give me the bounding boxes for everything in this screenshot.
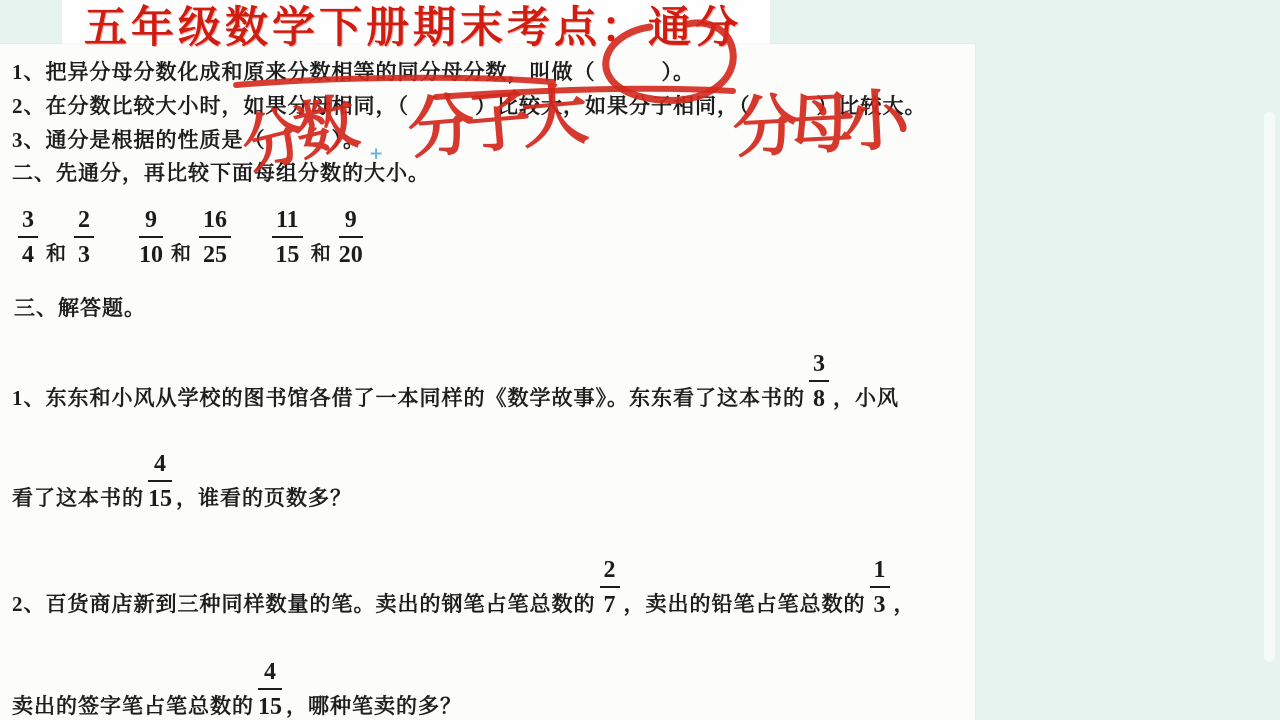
fraction-denominator: 3 — [874, 588, 886, 617]
problem-text: ，小风 — [833, 386, 899, 411]
fill-blank-question-1: 1、把异分母分数化成和原来分数相等的同分母分数，叫做（ ）。 — [12, 60, 695, 84]
fill-blank-question-2: 2、在分数比较大小时，如果分母相同，（ ）比较大，如果分子相同，（ ）比较大。 — [12, 94, 927, 118]
fraction-denominator: 3 — [78, 238, 90, 267]
fraction-numerator: 4 — [260, 660, 280, 688]
fraction-numerator: 3 — [809, 352, 829, 380]
fraction-denominator: 15 — [275, 238, 299, 267]
problem-text: 卖出的签字笔占笔总数的 — [12, 694, 254, 719]
fraction-numerator: 16 — [199, 208, 231, 236]
fraction: 9 10 — [139, 208, 163, 267]
fraction: 9 20 — [339, 208, 363, 267]
section-2-heading: 二、先通分，再比较下面每组分数的大小。 — [12, 161, 430, 185]
fraction: 4 15 — [258, 660, 282, 719]
word-problem-2-line-2: 卖出的签字笔占笔总数的 4 15 ，哪种笔卖的多？ — [12, 660, 462, 719]
fraction-denominator: 25 — [203, 238, 227, 267]
page-title: 五年级数学下册期末考点：通分 — [84, 0, 742, 55]
fraction-numerator: 11 — [272, 208, 303, 236]
problem-text: 2、百货商店新到三种同样数量的笔。卖出的钢笔占笔总数的 — [12, 592, 596, 617]
fraction: 3 4 — [18, 208, 38, 267]
cursor-plus-icon: + — [369, 144, 383, 164]
video-frame: 五年级数学下册期末考点：通分 1、把异分母分数化成和原来分数相等的同分母分数，叫… — [0, 0, 1280, 720]
fraction-pair-1: 3 4 和 2 3 — [14, 208, 98, 267]
fraction: 16 25 — [199, 208, 231, 267]
fraction-denominator: 8 — [813, 382, 825, 411]
fraction-numerator: 9 — [141, 208, 161, 236]
fill-blank-question-3: 3、通分是根据的性质是（ ）。 — [12, 128, 365, 152]
fraction-numerator: 4 — [150, 452, 170, 480]
word-problem-1-line-2: 看了这本书的 4 15 ，谁看的页数多？ — [12, 452, 352, 511]
fraction-numerator: 2 — [74, 208, 94, 236]
fraction-denominator: 20 — [339, 238, 363, 267]
fraction-numerator: 2 — [600, 558, 620, 586]
fraction: 4 15 — [148, 452, 172, 511]
fraction-pair-3: 11 15 和 9 20 — [268, 208, 367, 267]
word-problem-1-line-1: 1、东东和小风从学校的图书馆各借了一本同样的《数学故事》。东东看了这本书的 3 … — [12, 352, 899, 411]
fraction: 2 7 — [600, 558, 620, 617]
problem-text: ，卖出的铅笔占笔总数的 — [624, 592, 866, 617]
fraction: 2 3 — [74, 208, 94, 267]
fraction-pair-2: 9 10 和 16 25 — [135, 208, 235, 267]
fraction-denominator: 15 — [148, 482, 172, 511]
fraction-numerator: 3 — [18, 208, 38, 236]
problem-text: 1、东东和小风从学校的图书馆各借了一本同样的《数学故事》。东东看了这本书的 — [12, 386, 805, 411]
fraction: 1 3 — [870, 558, 890, 617]
word-problem-2-line-1: 2、百货商店新到三种同样数量的笔。卖出的钢笔占笔总数的 2 7 ，卖出的铅笔占笔… — [12, 558, 916, 617]
fraction-denominator: 15 — [258, 690, 282, 719]
problem-text: ，哪种笔卖的多？ — [286, 694, 462, 719]
fraction-numerator: 1 — [870, 558, 890, 586]
problem-text: ，谁看的页数多？ — [176, 486, 352, 511]
fraction: 3 8 — [809, 352, 829, 411]
section-3-heading: 三、解答题。 — [14, 296, 146, 320]
conjunction-and: 和 — [311, 237, 331, 267]
fraction-denominator: 7 — [604, 588, 616, 617]
scrollbar[interactable] — [1264, 112, 1275, 662]
fraction-denominator: 10 — [139, 238, 163, 267]
fraction: 11 15 — [272, 208, 303, 267]
problem-text: 看了这本书的 — [12, 486, 144, 511]
conjunction-and: 和 — [46, 237, 66, 267]
fraction-denominator: 4 — [22, 238, 34, 267]
problem-text: ， — [894, 592, 916, 617]
conjunction-and: 和 — [171, 237, 191, 267]
fraction-numerator: 9 — [341, 208, 361, 236]
